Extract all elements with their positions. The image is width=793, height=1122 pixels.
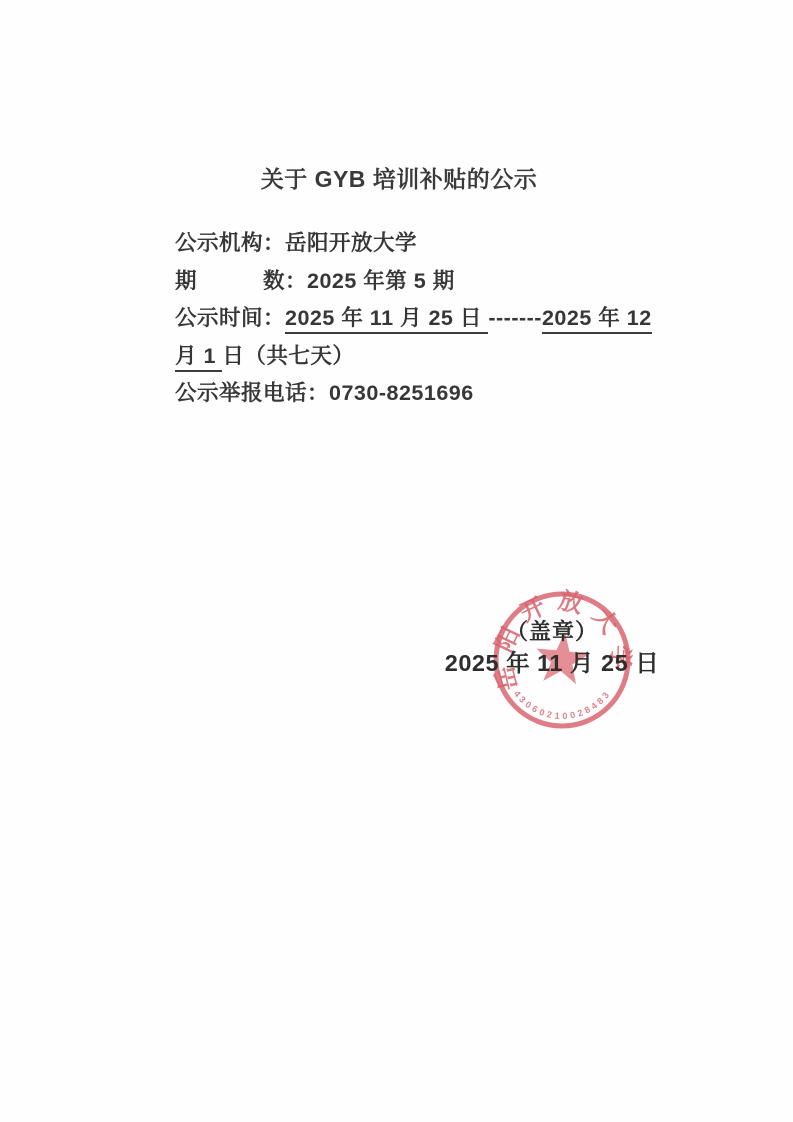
hotline-line: 公示举报电话：0730-8251696	[175, 375, 623, 413]
stamp-here-label: （盖章）	[427, 617, 677, 647]
period-line-1: 公示时间：2025 年 11 月 25 日 -------2025 年 12	[175, 300, 623, 338]
period-end-date-part1: 2025 年 12	[542, 306, 652, 334]
period-duration: 日（共七天）	[222, 344, 354, 368]
period-line-2: 月 1 日（共七天）	[175, 338, 623, 376]
period-start-date: 2025 年 11 月 25 日	[285, 306, 488, 334]
issued-date: 2025 年 11 月 25 日	[427, 647, 677, 679]
notice-body: 关于 GYB 培训补贴的公示 公示机构：岳阳开放大学 期 数：2025 年第 5…	[175, 163, 623, 413]
issue-line: 期 数：2025 年第 5 期	[175, 263, 623, 301]
period-dashes: -------	[488, 306, 542, 330]
notice-title: 关于 GYB 培训补贴的公示	[175, 163, 623, 195]
period-label: 公示时间：	[175, 306, 285, 330]
document-page: 关于 GYB 培训补贴的公示 公示机构：岳阳开放大学 期 数：2025 年第 5…	[0, 0, 793, 1122]
org-line: 公示机构：岳阳开放大学	[175, 225, 623, 263]
signature-block: （盖章） 2025 年 11 月 25 日	[427, 617, 677, 679]
period-end-date-part2: 月 1	[175, 344, 222, 372]
